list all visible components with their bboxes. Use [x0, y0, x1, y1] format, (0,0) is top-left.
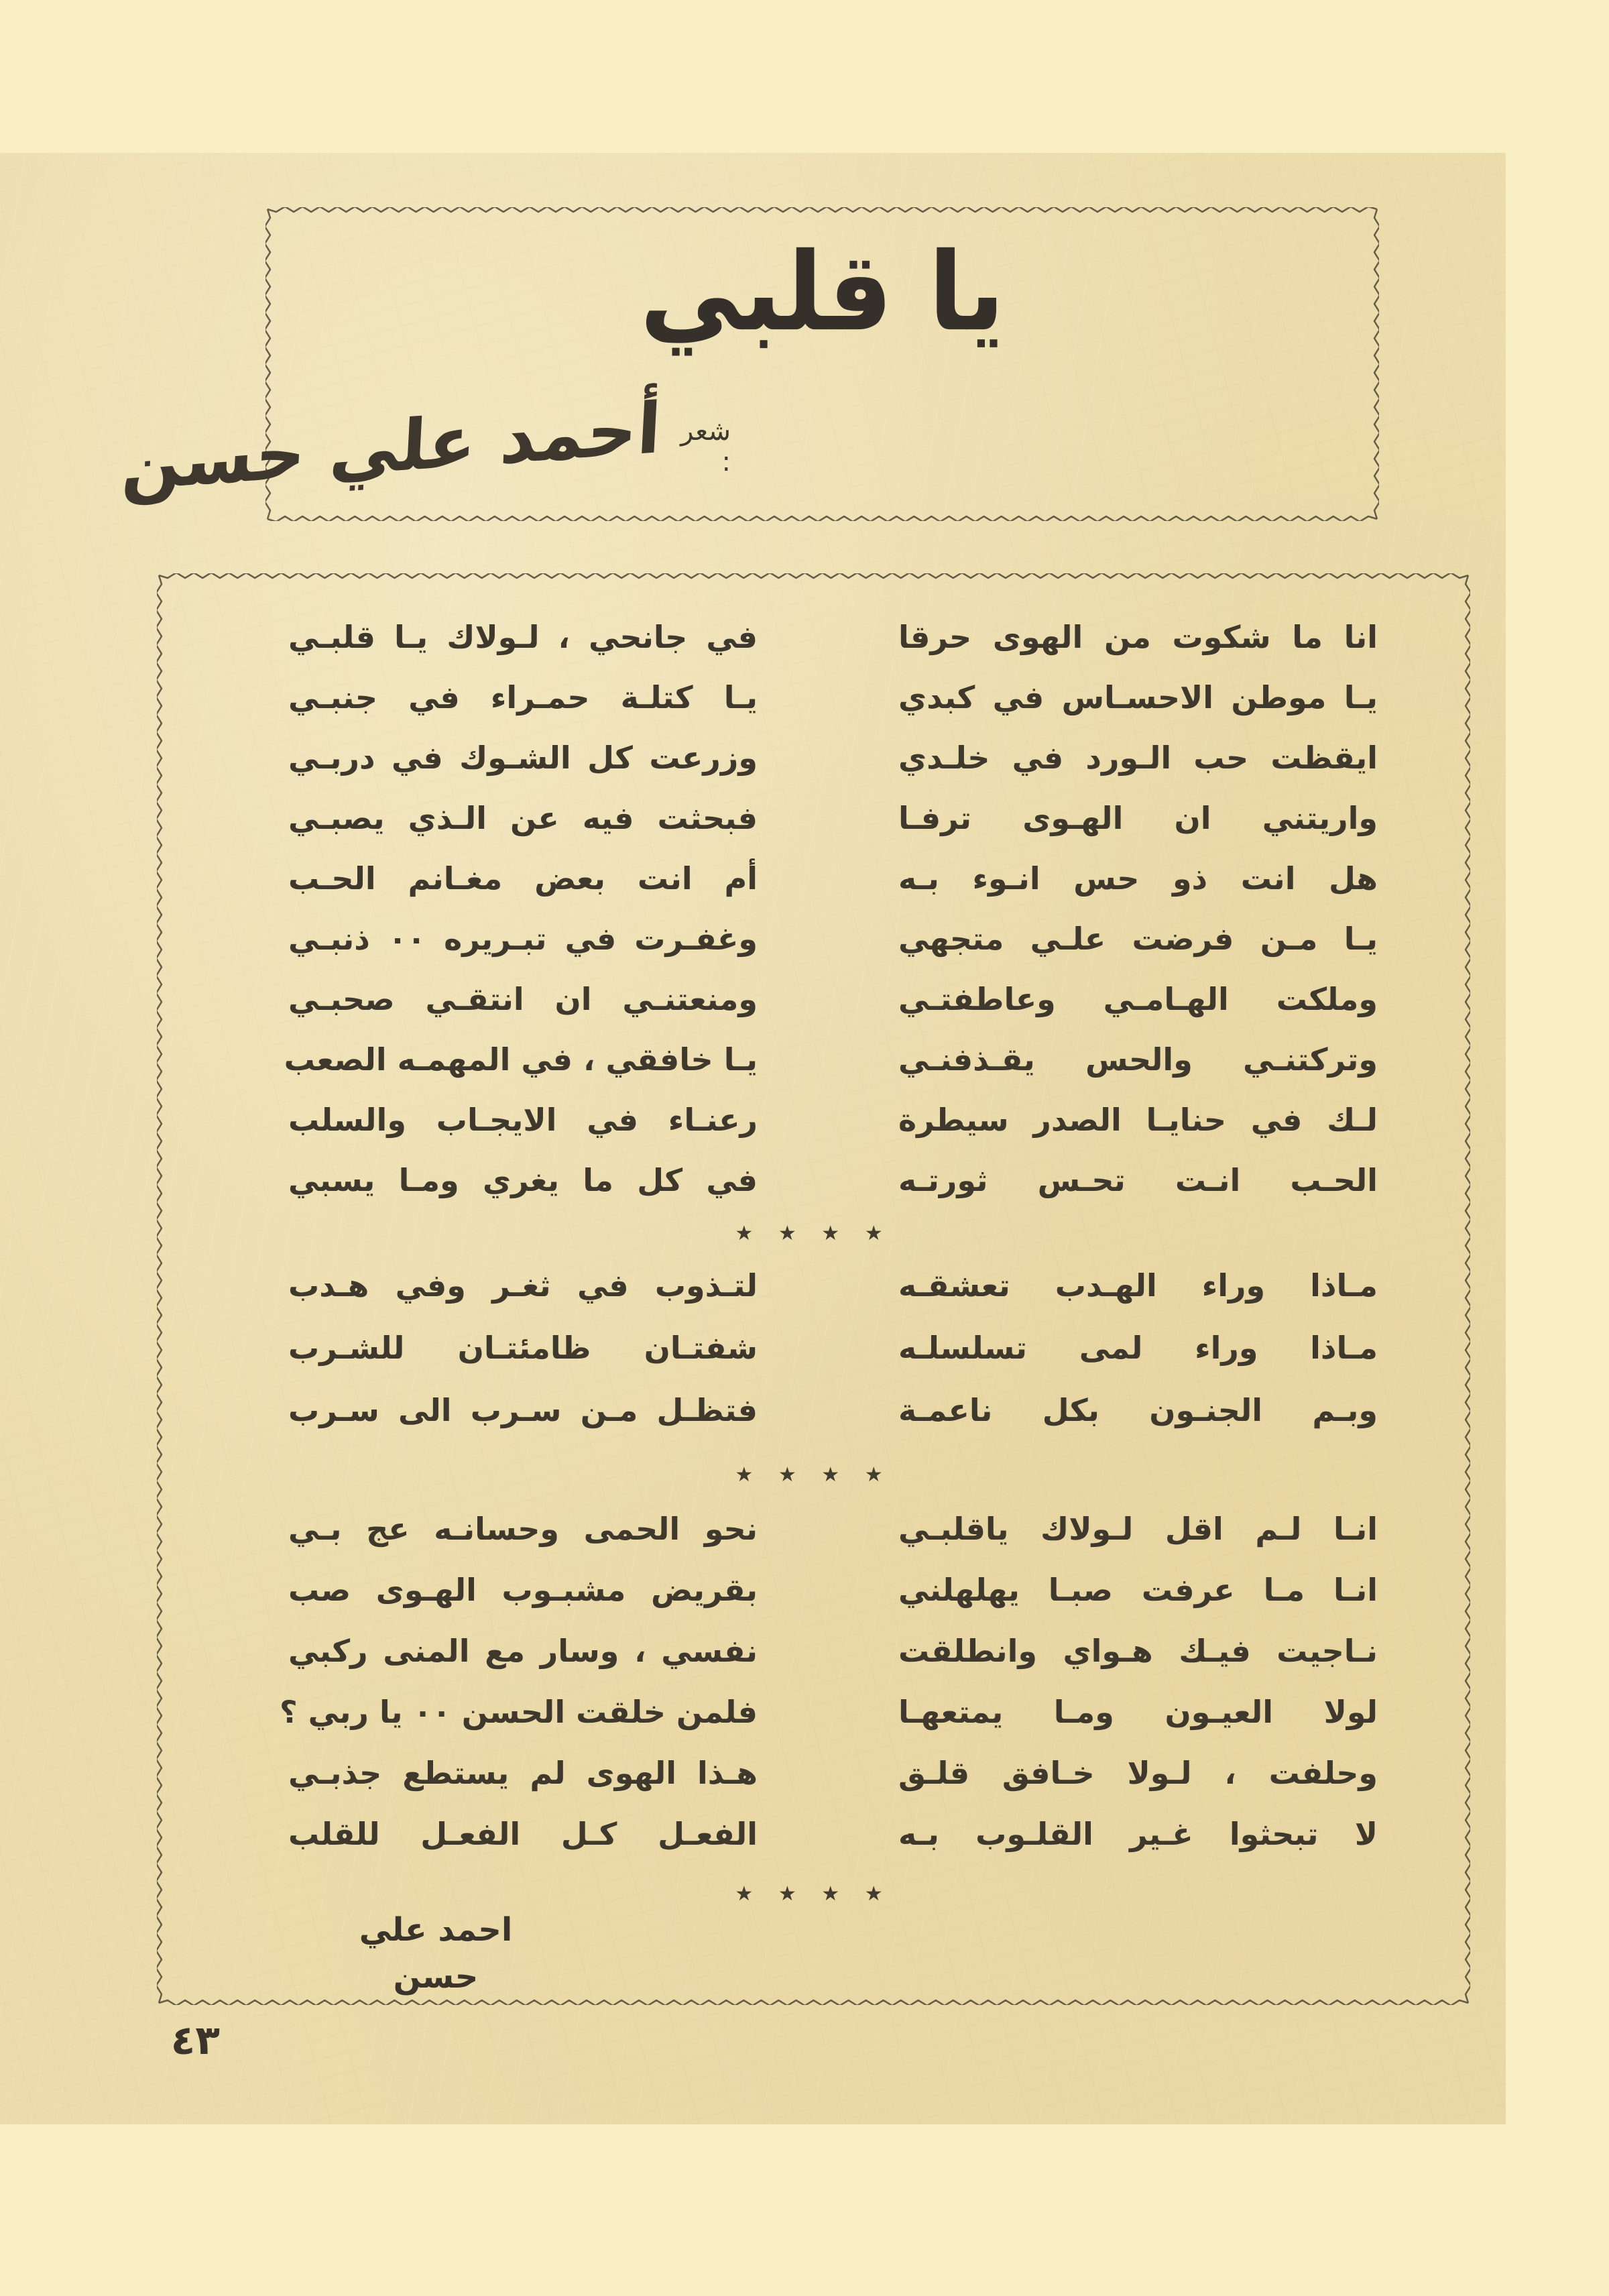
- verse-hemistich-left: يـا خافقي ، في المهمـه الصعب: [288, 1031, 758, 1088]
- verse-hemistich-right: هل انت ذو حس انـوء بـه: [898, 850, 1378, 907]
- author-signature: احمد علي حسن: [332, 1906, 540, 1953]
- magazine-page: { "page": { "title": "يا قلبي", "byline_…: [0, 0, 1609, 2296]
- verse-hemistich-right: لـك في حنايـا الصدر سيطرة: [898, 1092, 1378, 1148]
- verse-hemistich-right: نـاجيت فيـك هـواي وانطلقت: [898, 1623, 1378, 1679]
- verse-hemistich-right: يـا مـن فرضت علـي متجهي: [898, 911, 1378, 967]
- verse-hemistich-right: انـا مـا عرفت صبـا يهلهلني: [898, 1562, 1378, 1618]
- verse-hemistich-left: وغفـرت في تبـريره ٠٠ ذنبـي: [288, 911, 758, 967]
- verse-hemistich-right: وملكت الهـامـي وعاطفتـي: [898, 971, 1378, 1027]
- verse-hemistich-left: ومنعتنـي ان انتقـي صحبـي: [288, 971, 758, 1027]
- verse-hemistich-right: ايقظت حب الـورد في خلـدي: [898, 730, 1378, 786]
- verse-hemistich-right: وتركتنـي والحس يقـذفنـي: [898, 1031, 1378, 1088]
- poem-box: انا ما شكوت من الهوى حرقافي جانحي ، لـول…: [157, 573, 1470, 2005]
- verse-hemistich-left: فتظـل مـن سـرب الى سـرب: [288, 1382, 758, 1438]
- verse-hemistich-left: في جانحي ، لـولاك يـا قلبـي: [288, 609, 758, 665]
- verse-hemistich-left: لتـذوب في ثغـر وفي هـدب: [288, 1257, 758, 1314]
- byline: شعر : أحمد علي حسن: [296, 390, 731, 504]
- verse-hemistich-left: نفسي ، وسار مع المنى ركبي: [288, 1623, 758, 1679]
- verse-hemistich-right: لولا العيـون ومـا يمتعهـا: [898, 1684, 1378, 1740]
- title-box: يا قلبي شعر : أحمد علي حسن: [265, 207, 1379, 521]
- page-number: ٤٣: [139, 2017, 220, 2064]
- verse-hemistich-right: انـا لـم اقل لـولاك ياقلبـي: [898, 1501, 1378, 1557]
- verse-hemistich-right: يـا موطن الاحسـاس في كبدي: [898, 669, 1378, 726]
- verse-hemistich-left: في كل ما يغري ومـا يسبي: [288, 1152, 758, 1208]
- verse-hemistich-left: فبحثت فيه عن الـذي يصبـي: [288, 790, 758, 846]
- verse-hemistich-left: يـا كتلـة حمـراء في جنبـي: [288, 669, 758, 726]
- verse-hemistich-right: الحـب انـت تحـس ثورتـه: [898, 1152, 1378, 1208]
- verse-hemistich-right: انا ما شكوت من الهوى حرقا: [898, 609, 1378, 665]
- byline-label: شعر :: [680, 416, 731, 477]
- verse-hemistich-left: بقريض مشبـوب الهـوى صب: [288, 1562, 758, 1618]
- verse-hemistich-right: وحلفت ، لـولا خـافق قلـق: [898, 1745, 1378, 1801]
- verse-hemistich-right: لا تبحثوا غـير القلـوب بـه: [898, 1806, 1378, 1862]
- verse-hemistich-right: واريتني ان الهـوى ترفـا: [898, 790, 1378, 846]
- verse-hemistich-right: مـاذا وراء لمى تسلسلـه: [898, 1320, 1378, 1376]
- poem-title: يا قلبي: [265, 229, 1379, 355]
- verse-hemistich-left: شفتـان ظامئتـان للشـرب: [288, 1320, 758, 1376]
- verse-hemistich-left: رعنـاء في الايجـاب والسلب: [288, 1092, 758, 1148]
- verse-hemistich-left: أم انت بعض مغـانم الحـب: [288, 850, 758, 907]
- verse-hemistich-right: وبـم الجنـون بكل ناعمـة: [898, 1382, 1378, 1438]
- verse-hemistich-left: هـذا الهوى لم يستطع جذبـي: [288, 1745, 758, 1801]
- verse-hemistich-left: وزرعت كل الشـوك في دربـي: [288, 730, 758, 786]
- stars-separator: ★ ★ ★ ★: [157, 1452, 1470, 1499]
- stars-separator: ★ ★ ★ ★: [157, 1210, 1470, 1257]
- verse-hemistich-right: مـاذا وراء الهـدب تعشقـه: [898, 1257, 1378, 1314]
- verse-hemistich-left: نحو الحمى وحسانـه عج بـي: [288, 1501, 758, 1557]
- verse-hemistich-left: فلمن خلقت الحسن ٠٠ يا ربي ؟: [288, 1684, 758, 1740]
- verse-hemistich-left: الفعـل كـل الفعـل للقلب: [288, 1806, 758, 1862]
